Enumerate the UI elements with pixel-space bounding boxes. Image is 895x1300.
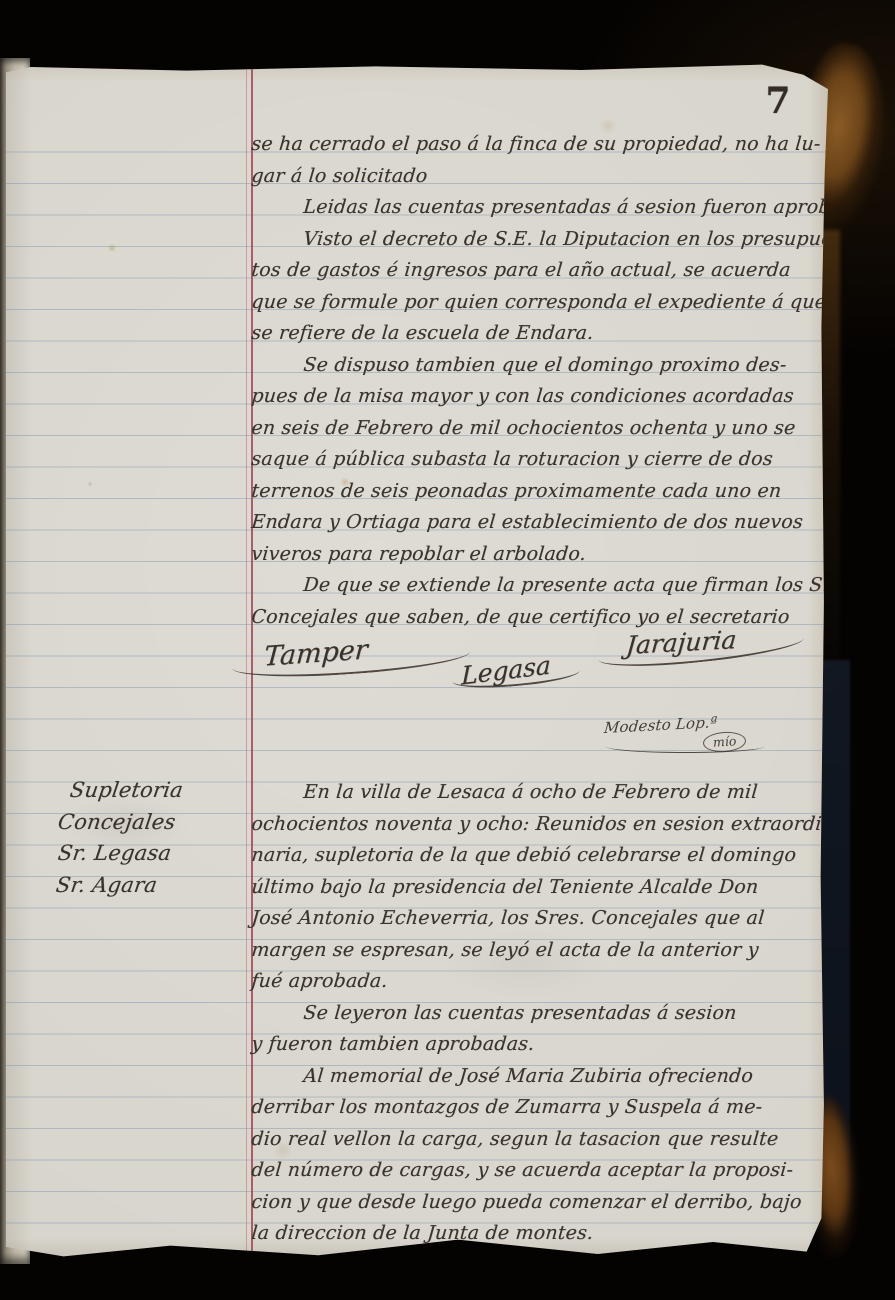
manuscript-line: De que se extiende la presente acta que … — [250, 570, 837, 602]
manuscript-line: derribar los montazgos de Zumarra y Susp… — [250, 1092, 837, 1124]
manuscript-line: Leidas las cuentas presentadas á sesion … — [250, 192, 837, 224]
minutes-paragraph-supletoria-session: En la villa de Lesaca á ocho de Febrero … — [250, 777, 834, 1250]
manuscript-line: Se dispuso tambien que el domingo proxim… — [250, 350, 837, 382]
manuscript-line: del número de cargas, y se acuerda acept… — [250, 1155, 837, 1187]
book-scan: 7 se ha cerrado el paso á la finca de su… — [0, 0, 895, 1300]
manuscript-line: Se leyeron las cuentas presentadas á ses… — [250, 998, 837, 1030]
minutes-paragraph-previous-session: se ha cerrado el paso á la finca de su p… — [250, 129, 834, 633]
manuscript-line: dio real vellon la carga, segun la tasac… — [250, 1124, 837, 1156]
page-number: 7 — [758, 80, 798, 122]
margin-note-line: Sr. Legasa — [54, 838, 248, 870]
manuscript-line: fué aprobada. — [250, 966, 837, 998]
manuscript-line: tos de gastos é ingresos para el año act… — [250, 255, 837, 287]
manuscript-line: saque á pública subasta la roturacion y … — [250, 444, 837, 476]
manuscript-line: se refiere de la escuela de Endara. — [250, 318, 837, 350]
manuscript-line: terrenos de seis peonadas proximamente c… — [250, 476, 837, 508]
manuscript-line: En la villa de Lesaca á ocho de Febrero … — [250, 777, 837, 809]
margin-notes: SupletoriaConcejalesSr. LegasaSr. Agara — [56, 775, 246, 901]
margin-note-line: Concejales — [54, 807, 248, 839]
manuscript-line: cion y que desde luego pueda comenzar el… — [250, 1187, 837, 1219]
manuscript-line: Al memorial de José Maria Zubiria ofreci… — [250, 1061, 837, 1093]
manuscript-line: pues de la misa mayor y con las condicio… — [250, 381, 837, 413]
manuscript-line: viveros para repoblar el arbolado. — [250, 539, 837, 571]
manuscript-line: último bajo la presidencia del Teniente … — [250, 872, 837, 904]
manuscript-line: y fueron tambien aprobadas. — [250, 1029, 837, 1061]
margin-note-line: Sr. Agara — [54, 870, 248, 902]
manuscript-line: en seis de Febrero de mil ochocientos oc… — [250, 413, 837, 445]
manuscript-line: la direccion de la Junta de montes. — [250, 1218, 837, 1250]
manuscript-line: que se formule por quien corresponda el … — [250, 287, 837, 319]
manuscript-line: Endara y Ortiaga para el establecimiento… — [250, 507, 837, 539]
manuscript-line: ochocientos noventa y ocho: Reunidos en … — [250, 809, 837, 841]
manuscript-line: Concejales que saben, de que certifico y… — [250, 602, 837, 634]
margin-note-line: Supletoria — [54, 775, 248, 807]
manuscript-line: se ha cerrado el paso á la finca de su p… — [250, 129, 837, 161]
manuscript-line: naria, supletoria de la que debió celebr… — [250, 840, 837, 872]
manuscript-page: 7 se ha cerrado el paso á la finca de su… — [6, 64, 828, 1260]
manuscript-line: margen se espresan, se leyó el acta de l… — [250, 935, 837, 967]
manuscript-line: gar á lo solicitado — [250, 161, 837, 193]
signature-flourish — [606, 740, 764, 753]
manuscript-line: Visto el decreto de S.E. la Diputacion e… — [250, 224, 837, 256]
manuscript-line: José Antonio Echeverria, los Sres. Conce… — [250, 903, 837, 935]
